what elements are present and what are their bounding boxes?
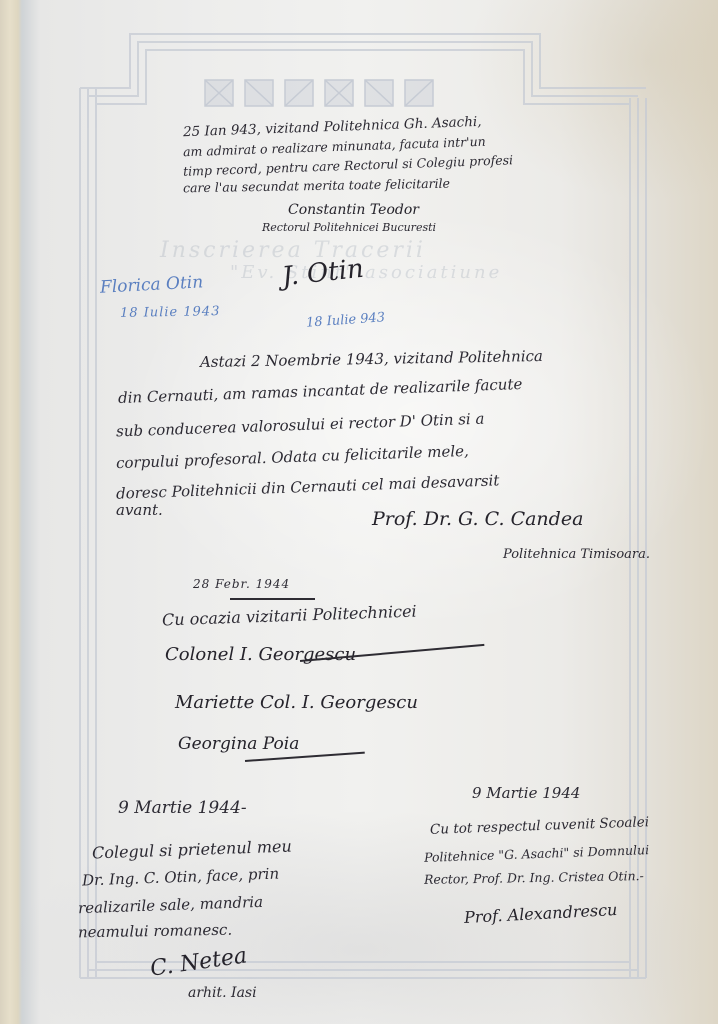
date-underline xyxy=(230,598,315,600)
entry-line: timp record, pentru care Rectorul si Col… xyxy=(183,154,513,178)
entry-date: 18 Iulie 1943 xyxy=(120,305,221,320)
signature: Prof. Alexandrescu xyxy=(464,900,618,927)
entry-name: Florica Otin xyxy=(100,274,204,296)
faint-print-line-1: Inscrierea Tracerii xyxy=(160,238,426,263)
entry-line: Politehnice "G. Asachi" si Domnului xyxy=(424,844,649,864)
entry-line: avant. xyxy=(116,503,163,518)
signature: Mariette Col. I. Georgescu xyxy=(175,692,418,713)
signature: Constantin Teodor xyxy=(288,202,419,218)
entry-date: 28 Febr. 1944 xyxy=(193,578,290,590)
entry-line: Rector, Prof. Dr. Ing. Cristea Otin.- xyxy=(424,870,644,886)
signature-date: 18 Iulie 943 xyxy=(306,311,386,329)
entry-line: Dr. Ing. C. Otin, face, prin xyxy=(82,867,280,889)
signature-title: arhit. Iasi xyxy=(188,986,257,1000)
entry-line: Cu ocazia vizitarii Politechnicei xyxy=(162,604,417,629)
signature: Prof. Dr. G. C. Candea xyxy=(372,508,583,530)
entry-date: 9 Martie 1944- xyxy=(118,800,247,817)
entry-date: 9 Martie 1944 xyxy=(472,786,580,801)
entry-line: doresc Politehnicii din Cernauti cel mai… xyxy=(116,473,500,501)
entry-line: corpului profesoral. Odata cu felicitari… xyxy=(116,444,469,471)
entry-line: Cu tot respectul cuvenit Scoalei xyxy=(430,816,649,837)
signature-title: Rectorul Politehnicei Bucuresti xyxy=(262,222,436,233)
signature: Colonel I. Georgescu xyxy=(165,644,356,665)
entry-line: Colegul si prietenul meu xyxy=(92,839,292,862)
faint-print-line-2: "Ev. Stint" asociatiune xyxy=(230,262,502,283)
signature: Georgina Poia xyxy=(178,734,299,754)
entry-line: Astazi 2 Noembrie 1943, vizitand Politeh… xyxy=(200,349,543,370)
signature-title: Politehnica Timisoara. xyxy=(503,548,650,561)
entry-line: realizarile sale, mandria xyxy=(78,895,263,916)
entry-line: din Cernauti, am ramas incantat de reali… xyxy=(118,377,523,406)
entry-line: sub conducerea valorosului ei rector D' … xyxy=(116,412,485,440)
entry-line: care l'au secundat merita toate felicita… xyxy=(183,178,450,195)
entry-line: neamului romanesc. xyxy=(78,923,232,941)
signature: C. Netea xyxy=(149,943,249,981)
